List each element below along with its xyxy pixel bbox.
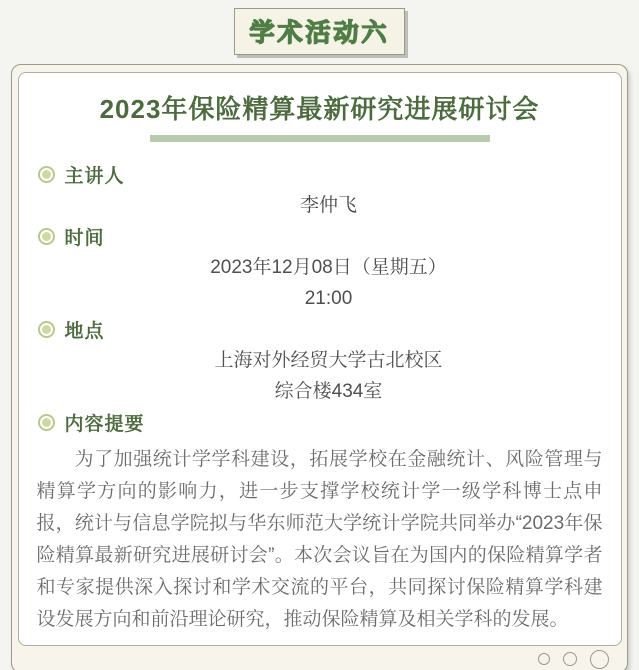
speaker-name: 李仲飞: [19, 190, 621, 221]
location-room: 综合楼434室: [19, 376, 621, 407]
time-date: 2023年12月08日（星期五）: [19, 252, 621, 283]
speaker-label: 主讲人: [65, 161, 125, 188]
bullet-dot: [42, 418, 51, 427]
decorative-circle-icon: [563, 652, 577, 666]
radio-bullet-icon: [38, 228, 55, 245]
time-clock: 21:00: [19, 283, 621, 314]
location-section-header: 地点: [38, 314, 621, 345]
bullet-dot: [42, 325, 51, 334]
location-label: 地点: [65, 316, 105, 343]
bullet-dot: [42, 232, 51, 241]
radio-bullet-icon: [38, 414, 55, 431]
abstract-label: 内容提要: [65, 409, 145, 436]
radio-bullet-icon: [38, 321, 55, 338]
card-footer-band: [12, 646, 627, 670]
title-underline-bar: [150, 135, 490, 142]
announcement-card: 2023年保险精算最新研究进展研讨会 主讲人 李仲飞 时间 2023年12月08…: [11, 64, 628, 670]
abstract-section-header: 内容提要: [38, 407, 621, 438]
abstract-paragraph: 为了加强统计学学科建设，拓展学校在金融统计、风险管理与精算学方向的影响力，进一步…: [37, 444, 603, 636]
speaker-section-header: 主讲人: [38, 159, 621, 190]
radio-bullet-icon: [38, 166, 55, 183]
time-section-header: 时间: [38, 221, 621, 252]
decorative-circle-icon: [590, 650, 609, 669]
announcement-inner-card: 2023年保险精算最新研究进展研讨会 主讲人 李仲飞 时间 2023年12月08…: [18, 72, 622, 646]
bullet-dot: [42, 170, 51, 179]
seminar-title: 2023年保险精算最新研究进展研讨会: [19, 94, 621, 124]
activity-badge: 学术活动六: [234, 8, 404, 55]
decorative-circle-icon: [538, 653, 550, 665]
time-label: 时间: [65, 223, 105, 250]
location-campus: 上海对外经贸大学古北校区: [19, 345, 621, 376]
